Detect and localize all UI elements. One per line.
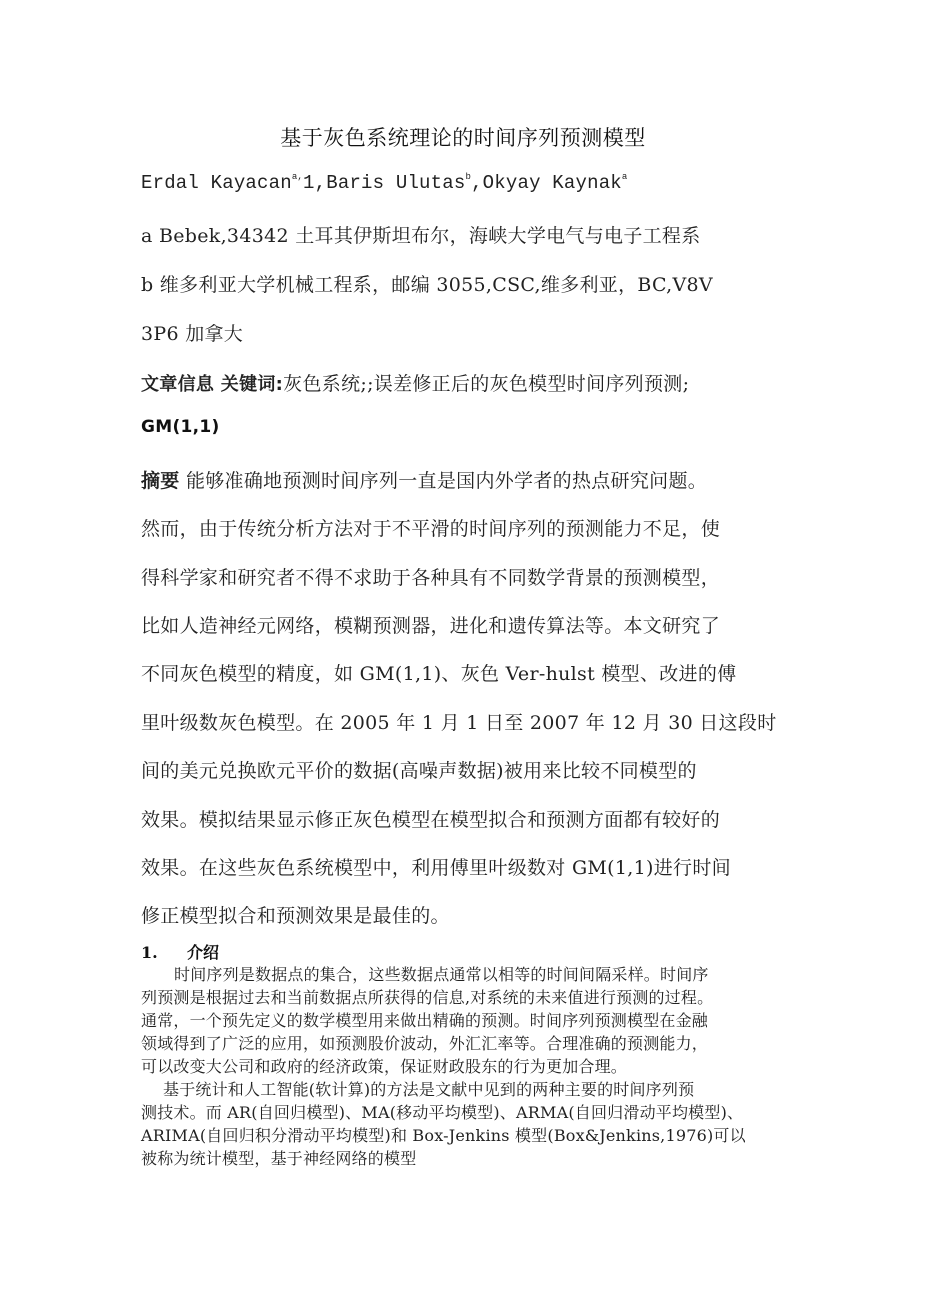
body-line: 列预测是根据过去和当前数据点所获得的信息,对系统的未来值进行预测的过程。 <box>141 985 801 1008</box>
affiliation-b: b 维多利亚大学机械工程系，邮编 3055,CSC,维多利亚，BC,V8V <box>141 270 801 297</box>
affiliation-marker: a, <box>292 172 303 182</box>
abstract-line: 不同灰色模型的精度，如 GM(1,1)、灰色 Ver-hulst 模型、改进的傅 <box>141 659 801 686</box>
abstract-line: 效果。在这些灰色系统模型中，利用傅里叶级数对 GM(1,1)进行时间 <box>141 853 801 880</box>
body-line: 测技术。而 AR(自回归模型)、MA(移动平均模型)、ARMA(自回归滑动平均模… <box>141 1100 801 1123</box>
body-line: 时间序列是数据点的集合，这些数据点通常以相等的时间间隔采样。时间序 <box>141 962 834 985</box>
abstract-line: 间的美元兑换欧元平价的数据(高噪声数据)被用来比较不同模型的 <box>141 756 801 783</box>
abstract-line: 修正模型拟合和预测效果是最佳的。 <box>141 901 801 928</box>
affiliation-b-cont: 3P6 加拿大 <box>141 319 801 346</box>
document-page: 基于灰色系统理论的时间序列预测模型 Erdal Kayacana,1,Baris… <box>0 0 926 1309</box>
author-name: 1,Baris Ulutas <box>303 172 465 194</box>
author-name: Erdal Kayacan <box>141 172 292 194</box>
affiliation-a: a Bebek,34342 土耳其伊斯坦布尔，海峡大学电气与电子工程系 <box>141 221 801 248</box>
section-number: 1. <box>141 943 187 962</box>
body-line: 领域得到了广泛的应用，如预测股价波动，外汇汇率等。合理准确的预测能力， <box>141 1031 801 1054</box>
abstract-line: 效果。模拟结果显示修正灰色模型在模型拟合和预测方面都有较好的 <box>141 805 801 832</box>
abstract-line: 比如人造神经元网络，模糊预测器，进化和遗传算法等。本文研究了 <box>141 611 801 638</box>
body-line: 基于统计和人工智能(软计算)的方法是文献中见到的两种主要的时间序列预 <box>141 1077 823 1100</box>
keywords-line: 文章信息 关键词:灰色系统;;误差修正后的灰色模型时间序列预测; <box>141 369 801 396</box>
keywords-continuation: GM(1,1) <box>141 417 801 437</box>
abstract-text: 能够准确地预测时间序列一直是国内外学者的热点研究问题。 <box>186 470 707 492</box>
paper-title: 基于灰色系统理论的时间序列预测模型 <box>0 122 926 152</box>
keywords-text: 灰色系统;;误差修正后的灰色模型时间序列预测; <box>283 373 689 395</box>
body-line: ARIMA(自回归积分滑动平均模型)和 Box-Jenkins 模型(Box&J… <box>141 1123 801 1146</box>
abstract-line: 得科学家和研究者不得不求助于各种具有不同数学背景的预测模型， <box>141 563 801 590</box>
keywords-label: 文章信息 关键词: <box>141 374 283 395</box>
keyword-gm11: GM(1,1) <box>141 417 220 437</box>
abstract-label: 摘要 <box>141 470 180 492</box>
section-title: 介绍 <box>187 943 219 962</box>
body-line: 被称为统计模型，基于神经网络的模型 <box>141 1146 801 1169</box>
body-line: 可以改变大公司和政府的经济政策，保证财政股东的行为更加合理。 <box>141 1054 801 1077</box>
abstract-line: 摘要 能够准确地预测时间序列一直是国内外学者的热点研究问题。 <box>141 466 801 493</box>
author-name: ,Okyay Kaynak <box>471 172 622 194</box>
affiliation-marker: a <box>622 172 628 182</box>
body-line: 通常，一个预先定义的数学模型用来做出精确的预测。时间序列预测模型在金融 <box>141 1008 801 1031</box>
author-list: Erdal Kayacana,1,Baris Ulutasb,Okyay Kay… <box>141 172 801 194</box>
abstract-line: 里叶级数灰色模型。在 2005 年 1 月 1 日至 2007 年 12 月 3… <box>141 708 801 735</box>
section-heading: 1.介绍 <box>141 940 219 963</box>
abstract-line: 然而，由于传统分析方法对于不平滑的时间序列的预测能力不足，使 <box>141 514 801 541</box>
